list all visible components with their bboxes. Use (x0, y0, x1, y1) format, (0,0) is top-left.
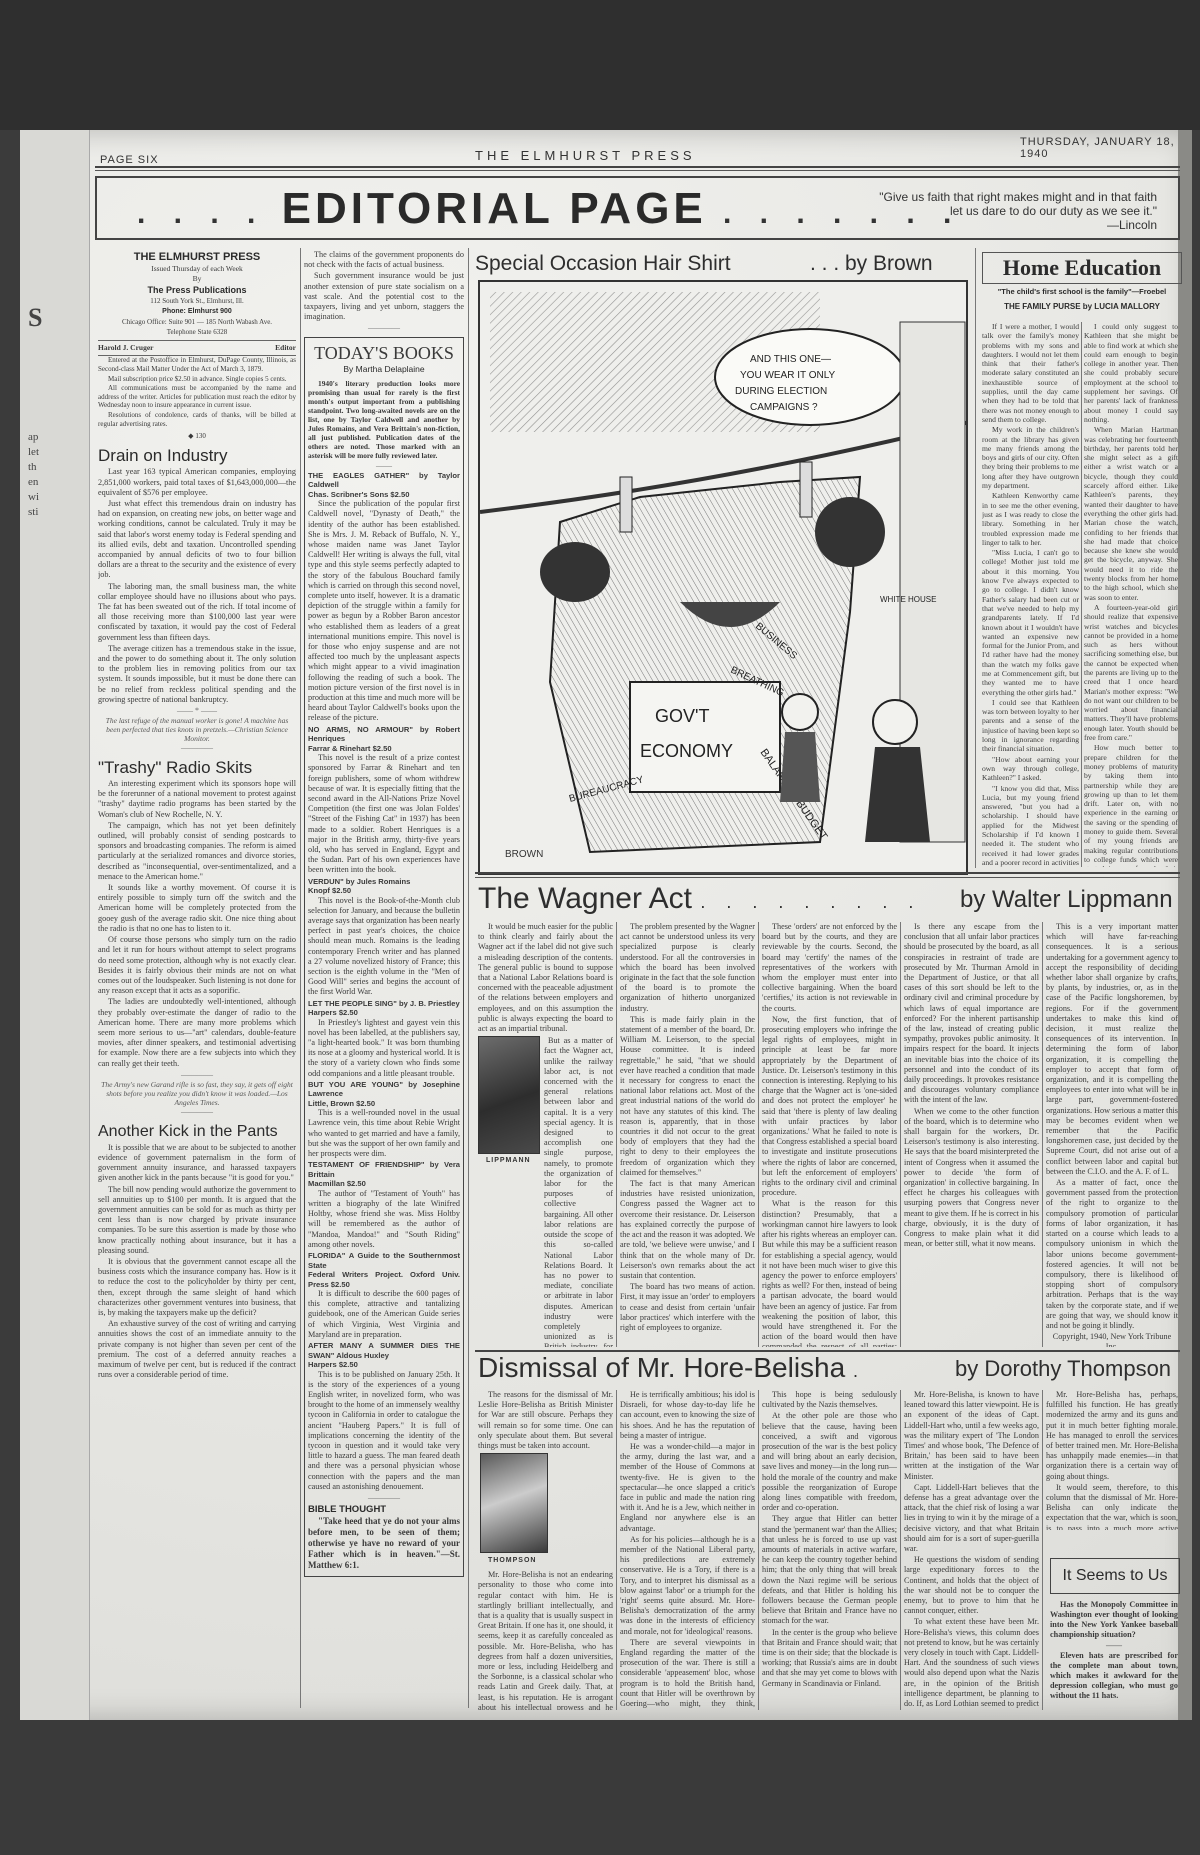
scan-background-top (0, 0, 1200, 130)
section-rule (475, 872, 1180, 874)
editorial-paragraph: Of course those persons who simply turn … (98, 935, 296, 996)
article-paragraph: Capt. Liddell-Hart believes that the def… (904, 1483, 1039, 1554)
article-paragraph: Mr. Hore-Belisha has, perhaps, fulfilled… (1046, 1390, 1178, 1482)
section-title-text: EDITORIAL PAGE (282, 184, 707, 233)
wagner-act-title-text: The Wagner Act (478, 882, 692, 915)
article-paragraph: Now, the first function, that of prosecu… (762, 1015, 897, 1199)
column-divider (616, 1390, 617, 1710)
section-title: . . . . EDITORIAL PAGE . . . . . . . (137, 184, 961, 234)
book-review-text: This novel is the result of a prize cont… (308, 753, 460, 875)
article-paragraph: When Marian Hartman was celebrating her … (1084, 425, 1178, 602)
svg-text:CAMPAIGNS ?: CAMPAIGNS ? (750, 402, 818, 413)
editorial-paragraph: The campaign, which has not yet been def… (98, 821, 296, 882)
article-paragraph: "Miss Lucia, I can't go to college! Moth… (982, 548, 1079, 697)
copyright-notice: Copyright, 1940, New York Tribune Inc. (1046, 1332, 1178, 1347)
cartoon-byline: . . . by Brown (810, 252, 933, 276)
family-purse-col-2: I could only suggest to Kathleen that sh… (1084, 322, 1178, 867)
decorative-dot: . (853, 1361, 858, 1381)
emblem-number: 130 (195, 432, 206, 440)
todays-books-byline: By Martha Delaplaine (308, 364, 460, 374)
todays-books-box: TODAY'S BOOKS By Martha Delaplaine 1940'… (304, 337, 464, 1577)
editorial-paragraph: It sounds like a worthy movement. Of cou… (98, 883, 296, 934)
book-review-entry: BUT YOU ARE YOUNG" by Josephine Lawrence… (308, 1080, 460, 1160)
book-publisher: Knopf $2.50 (308, 886, 460, 896)
todays-books-intro: 1940's literary production looks more pr… (308, 379, 460, 460)
editorial-paragraph: Last year 163 typical American companies… (98, 467, 296, 498)
filler-quote: The Army's new Garand rifle is so fast, … (98, 1080, 296, 1107)
editorial-paragraph: An exhaustive survey of the cost of writ… (98, 1319, 296, 1380)
column-divider (1042, 922, 1043, 1347)
column-divider (468, 248, 469, 1708)
svg-text:YOU WEAR IT ONLY: YOU WEAR IT ONLY (740, 370, 836, 381)
masthead-publisher: The Press Publications (98, 284, 296, 296)
book-review-entry: AFTER MANY A SUMMER DIES THE SWAN" Aldou… (308, 1341, 460, 1492)
cartoon-signature: BROWN (505, 849, 543, 860)
masthead-by: By (98, 274, 296, 284)
margin-fragment: sti (28, 505, 38, 520)
article-paragraph: When we come to the other function of th… (904, 1107, 1039, 1250)
editor-name: Harold J. Cruger (98, 343, 153, 353)
book-review-entry: FLORIDA" A Guide to the Southernmost Sta… (308, 1251, 460, 1340)
column-divider (758, 1390, 759, 1710)
lippmann-photo (478, 1036, 540, 1154)
book-review-text: It is difficult to describe the 600 page… (308, 1289, 460, 1340)
column-divider (1081, 322, 1082, 867)
belisha-col-1: The reasons for the dismissal of Mr. Les… (478, 1390, 613, 1710)
quip-item: Has the Monopoly Committee in Washington… (1050, 1600, 1178, 1640)
book-publisher: Macmillan $2.50 (308, 1179, 460, 1189)
divider: —— (308, 461, 460, 471)
bible-thought-text: "Take heed that ye do not your alms befo… (308, 1516, 460, 1571)
article-paragraph: They argue that Hitler can better stand … (762, 1514, 897, 1626)
book-review-text: Since the publication of the popular fir… (308, 499, 460, 723)
book-review-text: The author of "Testament of Youth" has w… (308, 1189, 460, 1250)
article-paragraph: "I know you did that, Miss Lucia, but my… (982, 784, 1079, 867)
todays-books-title: TODAY'S BOOKS (308, 342, 460, 364)
column-divider (900, 1390, 901, 1710)
editorial-title: "Trashy" Radio Skits (98, 757, 296, 779)
margin-fragment: th (28, 460, 37, 475)
column-divider (300, 248, 301, 1708)
newspaper-page: S ap let th en wi sti PAGE SIX THE ELMHU… (20, 130, 1192, 1720)
motto-text: "Give us faith that right makes might an… (867, 190, 1157, 218)
editorial-cartoon: GOV'T ECONOMY BREATHING BUSINESS BUREAUC… (478, 280, 968, 875)
book-title: VERDUN" by Jules Romains (308, 877, 460, 887)
book-title: NO ARMS, NO ARMOUR" by Robert Henriques (308, 725, 460, 744)
notice: Mail subscription price $2.50 in advance… (98, 375, 296, 384)
adjacent-page-strip: S ap let th en wi sti (20, 130, 90, 1720)
article-paragraph: But as a matter of fact the Wagner act, … (544, 1036, 613, 1347)
filler-quote: The last refuge of the manual worker is … (98, 716, 296, 743)
divider: ———— (98, 1070, 296, 1080)
divider: ———— (98, 743, 296, 753)
book-title: FLORIDA" A Guide to the Southernmost Sta… (308, 1251, 460, 1270)
thompson-photo (480, 1453, 548, 1553)
article-paragraph: My work in the children's room at the li… (982, 425, 1079, 490)
wagner-col-5: This is a very important matter which wi… (1046, 922, 1178, 1347)
article-paragraph: A fourteen-year-old girl should realize … (1084, 603, 1178, 742)
belisha-col-2: He is terrifically ambitious; his idol i… (620, 1390, 755, 1710)
book-title: BUT YOU ARE YOUNG" by Josephine Lawrence (308, 1080, 460, 1099)
hore-belisha-byline: by Dorothy Thompson (955, 1356, 1171, 1382)
article-paragraph: This is a very important matter which wi… (1046, 922, 1178, 1177)
book-review-text: This is a well-rounded novel in the usua… (308, 1108, 460, 1159)
article-paragraph: To what extent these have been Mr. Hore-… (904, 1617, 1039, 1710)
editorial-paragraph: The laboring man, the small business man… (98, 582, 296, 643)
family-purse-title: THE FAMILY PURSE by LUCIA MALLORY (982, 302, 1182, 311)
home-education-header: Home Education "The child's first school… (982, 252, 1182, 311)
article-paragraph: He questions the wisdom of sending large… (904, 1555, 1039, 1616)
divider: ———— (304, 323, 464, 333)
wagner-col-3: These 'orders' are not enforced by the b… (762, 922, 897, 1347)
book-title: LET THE PEOPLE SING" by J. B. Priestley (308, 999, 460, 1009)
home-education-motto: "The child's first school is the family"… (982, 287, 1182, 296)
article-paragraph: As a matter of fact, once the government… (1046, 1178, 1178, 1331)
editorial-column-2: The claims of the government proponents … (304, 250, 464, 1710)
book-review-entry: LET THE PEOPLE SING" by J. B. Priestley … (308, 999, 460, 1079)
editorial-page-banner: . . . . EDITORIAL PAGE . . . . . . . "Gi… (95, 176, 1180, 240)
masthead-address: 112 South York St., Elmhurst, Ill. (98, 296, 296, 306)
article-paragraph: What is the reason for this distinction?… (762, 1199, 897, 1347)
editorial-title: Another Kick in the Pants (98, 1121, 296, 1143)
editorial-column-1: THE ELMHURST PRESS Issued Thursday of ea… (98, 250, 296, 1710)
editorial-paragraph: It is obvious that the government cannot… (98, 1257, 296, 1318)
article-paragraph: The problem presented by the Wagner act … (620, 922, 755, 1014)
editorial-paragraph: The claims of the government proponents … (304, 250, 464, 270)
notice: Entered at the Postoffice in Elmhurst, D… (98, 356, 296, 373)
decorative-dots: . . . . . . . . . (700, 892, 921, 912)
column-divider (1042, 1390, 1043, 1710)
book-review-entry: THE EAGLES GATHER" by Taylor Caldwell Ch… (308, 471, 460, 724)
book-publisher: Harpers $2.50 (308, 1008, 460, 1018)
editor-title: Editor (275, 343, 296, 353)
margin-fragment: en (28, 475, 38, 490)
book-title: TESTAMENT OF FRIENDSHIP" by Vera Brittai… (308, 1160, 460, 1179)
hore-belisha-title-text: Dismissal of Mr. Hore-Belisha (478, 1352, 845, 1383)
paper-name-folio: THE ELMHURST PRESS (475, 148, 696, 163)
wagner-col-2: The problem presented by the Wagner act … (620, 922, 755, 1347)
bible-thought-title: BIBLE THOUGHT (308, 1503, 460, 1516)
publication-notices: Entered at the Postoffice in Elmhurst, D… (98, 355, 296, 428)
svg-text:DURING ELECTION: DURING ELECTION (735, 386, 827, 397)
article-paragraph: I could see that Kathleen was torn betwe… (982, 698, 1079, 754)
masthead-chicago-office: Chicago Office: Suite 901 — 185 North Wa… (98, 317, 296, 327)
emblem: ◆ 130 (98, 431, 296, 441)
family-purse-col-1: If I were a mother, I would talk over th… (982, 322, 1079, 867)
article-paragraph: The fact is that many American industrie… (620, 1179, 755, 1281)
book-publisher: Federal Writers Project. Oxford Univ. Pr… (308, 1270, 460, 1289)
article-paragraph: He is terrifically ambitious; his idol i… (620, 1390, 755, 1441)
editor-line: Harold J. Cruger Editor (98, 340, 296, 353)
editorial-paragraph: An interesting experiment which its spon… (98, 779, 296, 820)
belisha-col-3: This hope is being sedulously cultivated… (762, 1390, 897, 1710)
article-paragraph: This hope is being sedulously cultivated… (762, 1390, 897, 1410)
belisha-copyright (1046, 1530, 1178, 1554)
article-paragraph: How much better to prepare children for … (1084, 743, 1178, 867)
editorial-paragraph: It is possible that we are about to be s… (98, 1143, 296, 1184)
it-seems-to-us-title: It Seems to Us (1051, 1559, 1179, 1593)
photo-block: LIPPMANN But as a matter of fact the Wag… (478, 1036, 613, 1166)
photo-caption: LIPPMANN (486, 1156, 531, 1166)
article-paragraph: These 'orders' are not enforced by the b… (762, 922, 897, 1014)
cartoon-label-text: GOV'T (655, 706, 709, 726)
editorial-paragraph: Such government insurance would be just … (304, 271, 464, 322)
article-paragraph: "How about earning your own way through … (982, 755, 1079, 783)
folio-rule-thin (95, 170, 1180, 171)
hore-belisha-title: Dismissal of Mr. Hore-Belisha . (478, 1352, 858, 1384)
notice: Resolutions of condolence, cards of than… (98, 411, 296, 428)
belisha-col-4: Mr. Hore-Belisha, is known to have leane… (904, 1390, 1039, 1710)
divider: ———— (308, 1493, 460, 1503)
column-divider (616, 922, 617, 1347)
home-education-title: Home Education (982, 252, 1182, 284)
article-paragraph: This is made fairly plain in the stateme… (620, 1015, 755, 1178)
margin-fragment: let (28, 445, 39, 460)
page-edge-shadow (1178, 130, 1192, 1720)
column-divider (900, 922, 901, 1347)
wagner-act-byline: by Walter Lippmann (960, 886, 1173, 914)
book-publisher: Harpers $2.50 (308, 1360, 460, 1370)
cartoon-illustration: GOV'T ECONOMY BREATHING BUSINESS BUREAUC… (480, 282, 968, 875)
decorative-dots: . . . . (137, 197, 265, 230)
article-paragraph: Kathleen Kenworthy came in to see me the… (982, 491, 1079, 547)
cartoon-label-text: ECONOMY (640, 741, 733, 761)
book-publisher: Chas. Scribner's Sons $2.50 (308, 490, 460, 500)
editorial-paragraph: The average citizen has a tremendous sta… (98, 644, 296, 705)
scan-background-bottom (0, 1710, 1200, 1855)
book-publisher: Little, Brown $2.50 (308, 1099, 460, 1109)
article-paragraph: At the other pole are those who believe … (762, 1411, 897, 1513)
section-rule-thin (475, 877, 1180, 878)
book-review-text: In Priestley's lightest and gayest vein … (308, 1018, 460, 1079)
article-paragraph: It would seem, therefore, to this column… (1046, 1483, 1178, 1530)
editorial-paragraph: Just what effect this tremendous drain o… (98, 499, 296, 581)
editorial-title: Drain on Industry (98, 445, 296, 467)
wagner-col-4: Is there any escape from the conclusion … (904, 922, 1039, 1347)
issue-date: THURSDAY, JANUARY 18, 1940 (1020, 136, 1192, 160)
article-paragraph: There are several viewpoints in England … (620, 1638, 755, 1710)
article-paragraph: If I were a mother, I would talk over th… (982, 322, 1079, 424)
book-review-entry: VERDUN" by Jules Romains Knopf $2.50 Thi… (308, 877, 460, 998)
book-publisher: Farrar & Rinehart $2.50 (308, 744, 460, 754)
article-paragraph: The board has two means of action. First… (620, 1282, 755, 1333)
folio-rule (95, 166, 1180, 168)
book-review-entry: TESTAMENT OF FRIENDSHIP" by Vera Brittai… (308, 1160, 460, 1250)
margin-fragment: wi (28, 490, 39, 505)
divider: ———— (98, 1107, 296, 1117)
article-paragraph: It would be much easier for the public t… (478, 922, 613, 1034)
it-seems-to-us-items: Has the Monopoly Committee in Washington… (1050, 1600, 1178, 1710)
masthead-telephone: Telephone State 6328 (98, 327, 296, 337)
svg-text:AND THIS ONE—: AND THIS ONE— (750, 354, 831, 365)
masthead-phone: Phone: Elmhurst 900 (98, 307, 296, 317)
photo-block: THOMPSON (478, 1453, 613, 1568)
article-paragraph: As for his policies—although he is a mem… (620, 1535, 755, 1637)
column-divider (758, 922, 759, 1347)
masthead-issued: Issued Thursday of each Week (98, 264, 296, 274)
svg-text:WHITE HOUSE: WHITE HOUSE (880, 595, 936, 604)
motto-attribution: —Lincoln (867, 218, 1157, 232)
it-seems-to-us-box: It Seems to Us (1050, 1558, 1180, 1594)
article-paragraph: I could only suggest to Kathleen that sh… (1084, 322, 1178, 424)
margin-fragment: ap (28, 430, 38, 445)
book-title: THE EAGLES GATHER" by Taylor Caldwell (308, 471, 460, 490)
article-paragraph: The reasons for the dismissal of Mr. Les… (478, 1390, 613, 1451)
masthead-paper-title: THE ELMHURST PRESS (98, 250, 296, 264)
article-paragraph: Mr. Hore-Belisha, is known to have leane… (904, 1390, 1039, 1482)
editorial-paragraph: The bill now pending would authorize the… (98, 1185, 296, 1256)
article-paragraph: In the center is the group who believe t… (762, 1628, 897, 1689)
book-review-text: This novel is the Book-of-the-Month club… (308, 896, 460, 998)
wagner-act-title: The Wagner Act . . . . . . . . . (478, 882, 921, 916)
cartoon-title: Special Occasion Hair Shirt (475, 252, 731, 276)
wagner-col-1: It would be much easier for the public t… (478, 922, 613, 1347)
article-paragraph: Mr. Hore-Belisha is not an endearing per… (478, 1570, 613, 1710)
editorial-paragraph: The ladies are undoubtedly well-intentio… (98, 997, 296, 1068)
divider: —— (1050, 1641, 1178, 1651)
divider: —— * —— (98, 706, 296, 716)
column-divider (975, 248, 976, 868)
book-review-entry: NO ARMS, NO ARMOUR" by Robert Henriques … (308, 725, 460, 876)
photo-caption: THOMPSON (488, 1556, 536, 1566)
article-paragraph: He was a wonder-child—a major in the arm… (620, 1442, 755, 1534)
lincoln-motto: "Give us faith that right makes might an… (867, 190, 1157, 232)
margin-fragment: S (28, 310, 42, 325)
book-review-text: This is to be published on January 25th.… (308, 1370, 460, 1492)
belisha-col-5: Mr. Hore-Belisha has, perhaps, fulfilled… (1046, 1390, 1178, 1530)
quip-item: Eleven hats are prescribed for the compl… (1050, 1651, 1178, 1701)
article-paragraph: Is there any escape from the conclusion … (904, 922, 1039, 1106)
page-number: PAGE SIX (100, 154, 159, 166)
notice: All communications must be accompanied b… (98, 384, 296, 410)
book-title: AFTER MANY A SUMMER DIES THE SWAN" Aldou… (308, 1341, 460, 1360)
